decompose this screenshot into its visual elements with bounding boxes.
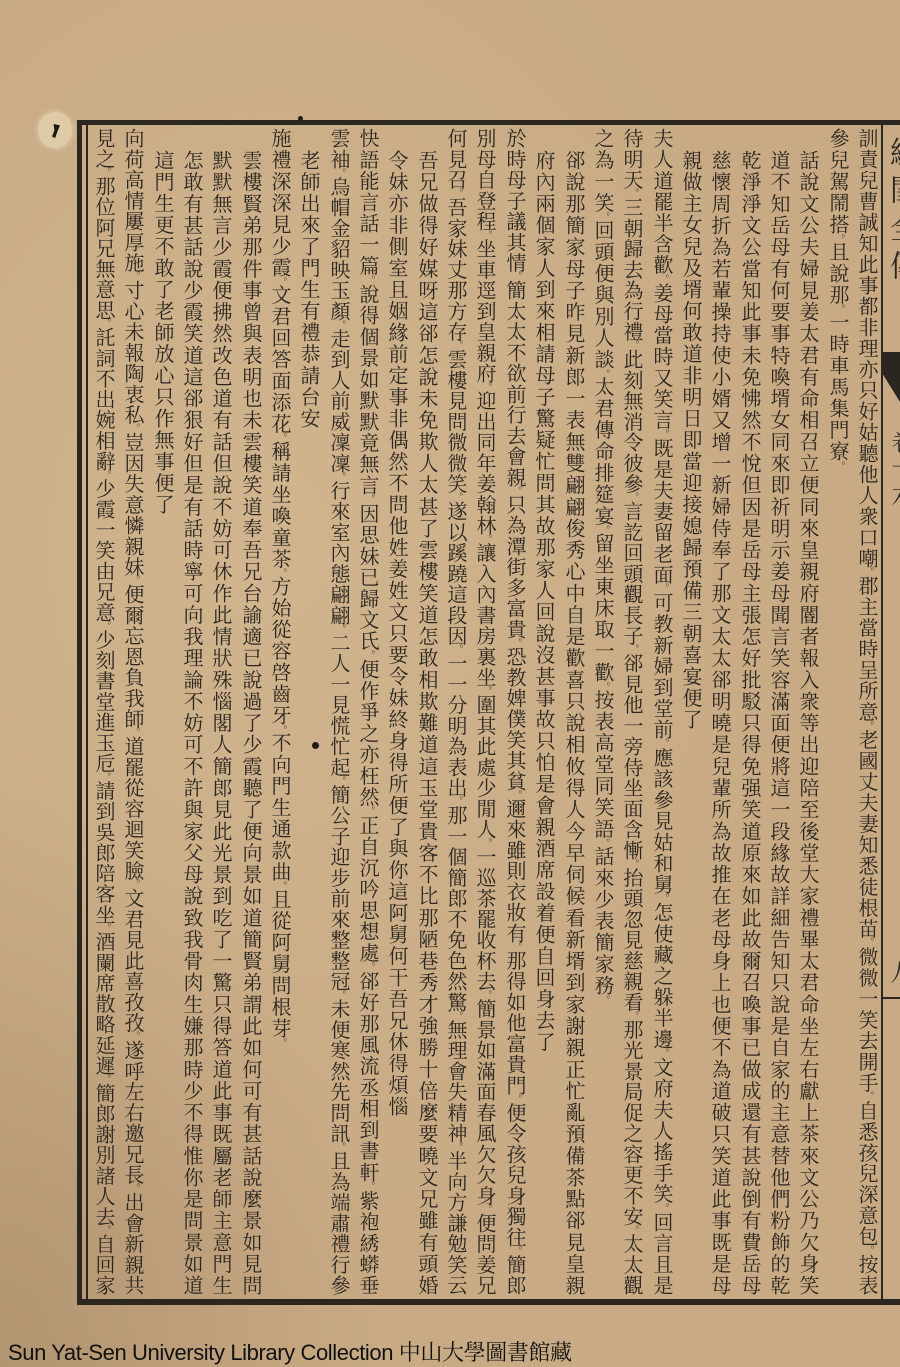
punctuation-circle: 。: [480, 382, 491, 393]
text-column: 之為一笑。回頭便與別人談。太君傳命排筵宴。留坐東床取一歡。按表高堂同笑語。話來少…: [589, 128, 617, 1003]
punctuation-circle: 。: [598, 682, 609, 692]
text-column: 話說文公夫婦見姜太君有命相召立便同來皇親府閽者報入衆等出迎陪至後堂大家禮畢太君命…: [794, 150, 822, 1295]
punctuation-circle: 。: [128, 575, 139, 586]
punctuation-circle: 。: [480, 230, 491, 241]
punctuation-circle: 。: [275, 568, 286, 578]
punctuation-circle: 。: [99, 318, 110, 329]
ink-speck: [312, 742, 319, 749]
punctuation-circle: 。: [363, 494, 374, 505]
punctuation-circle: 。: [99, 1074, 110, 1085]
punctuation-circle: 。: [128, 1031, 139, 1042]
text-column: 雲樓賢弟那件事曾與表明也未雲樓笑道奉吾兄台諭適已說過了少霞聽了便向景如道簡賢弟謂…: [237, 150, 265, 1295]
punctuation-circle: 。: [862, 567, 873, 578]
punctuation-circle: 。: [480, 534, 491, 545]
text-column: 乾淨淨文公當知此事未免怫然不悅但因是岳母主張怎好批駁只得免强笑道原來如此故爾召喚…: [736, 150, 764, 1295]
punctuation-circle: 。: [598, 369, 609, 379]
punctuation-circle: 。: [862, 937, 873, 948]
text-column: 施禮深深見少霞。文君回答面添花。稱請坐喚童茶。方始從容啓齒牙。不向門生通款曲。且…: [266, 128, 294, 1046]
punctuation-circle: 。: [334, 624, 345, 635]
frame-top-rule: [77, 120, 900, 125]
text-column: 見之。那位阿兄無意思。託詞不出婉相辭。少霞一笑由兄意。少刻書堂進玉卮。請到吳郎陪…: [90, 128, 118, 1295]
punctuation-circle: 。: [275, 277, 286, 287]
text-column: 於時母子議其情。簡太太不欲前行去會親。只為潭街多富貴。恐教婢僕笑其貧。邇來雖則衣…: [501, 128, 529, 1295]
punctuation-circle: 。: [275, 881, 286, 891]
punctuation-circle: 。: [451, 1011, 462, 1022]
punctuation-circle: 。: [128, 271, 139, 282]
punctuation-circle: 。: [657, 1203, 668, 1214]
punctuation-circle: 。: [627, 1225, 638, 1236]
punctuation-circle: 。: [363, 806, 374, 817]
text-column: 這門生更不敢了老師放心只作無事便了: [149, 150, 177, 516]
punctuation-circle: 。: [275, 1038, 286, 1048]
punctuation-circle: 。: [334, 776, 345, 787]
text-column: 吾兄做得好媒呀這郤怎說未免欺人太甚了雲樓笑道怎敢相欺難道這玉堂貴客不比那陋巷秀才…: [413, 150, 441, 1295]
punctuation-circle: 。: [833, 304, 844, 314]
library-collection-caption: Sun Yat-Sen University Library Collectio…: [8, 1336, 572, 1367]
punctuation-circle: 。: [657, 429, 668, 440]
punctuation-circle: 。: [128, 1183, 139, 1194]
punctuation-circle: 。: [451, 644, 462, 655]
punctuation-circle: 。: [99, 470, 110, 481]
punctuation-circle: 。: [627, 492, 638, 503]
margin-book-title: 繡閨全傳: [884, 136, 900, 288]
punctuation-circle: 。: [363, 650, 374, 661]
punctuation-circle: 。: [627, 644, 638, 655]
punctuation-circle: 。: [657, 274, 668, 285]
punctuation-circle: 。: [862, 721, 873, 732]
heart-column-divider: [883, 997, 900, 999]
heart-column-rule: [881, 125, 883, 1300]
punctuation-circle: 。: [510, 790, 521, 801]
punctuation-circle: 。: [657, 583, 668, 594]
punctuation-circle: 。: [363, 962, 374, 973]
punctuation-circle: 。: [128, 879, 139, 890]
punctuation-circle: 。: [451, 340, 462, 351]
punctuation-circle: 。: [510, 271, 521, 282]
punctuation-circle: 。: [598, 212, 609, 222]
text-column: 默默無言少霞便拂然改色道有話但說不妨可休作此情狀殊惱閣人簡郎見此光景到吃了一驚只…: [207, 150, 235, 1295]
punctuation-circle: 。: [99, 923, 110, 934]
text-column: 親做主女兒及壻何敢道非明日即當迎接媳歸預備三朝喜宴便了: [677, 150, 705, 731]
text-column: 郤說那簡家母子昨見新郎一表無雙翩翩俊秀心中自是歡喜只說相攸得人今早伺候看新壻到家…: [560, 150, 588, 1295]
punctuation-circle: 。: [480, 686, 491, 697]
text-column: 雲袖。烏帽金貂映玉顏。走到人前威凜凜。行來室內態翩翩。二人一見慌忙起。簡公子迎步…: [325, 128, 353, 1295]
text-column: 訓責兒曹誠知此事都非理亦只好姑聽他人衆口嘲。郡主當時呈所意。老國丈夫妻知悉徒根苗…: [853, 128, 881, 1295]
punctuation-circle: 。: [363, 1181, 374, 1192]
text-column: 待明天。三朝歸去為行禮。此刻無消令彼參。言訖回頭觀長子。郤見他一旁侍坐面含慚。抬…: [618, 128, 646, 1295]
page-number: 八: [884, 958, 900, 984]
punctuation-circle: 。: [99, 167, 110, 178]
text-column: 夫人道罷半含歡。姜母當時又笑言。既是夫妻留老面。可教新婦到堂前。應該參見姑和舅。…: [648, 128, 676, 1295]
fish-tail-ornament-icon: [883, 352, 900, 402]
text-column: 別母自登程。坐車逕到皇親府。迎出同年姜翰林。讓入內書房裏坐。圍其此處少閒人。一巡…: [471, 128, 499, 1295]
text-column: 怎敢有甚話說少霞笑道這郤狠好但是有話時寧可向我理論不妨可不許與家父母說致我骨肉生…: [178, 150, 206, 1295]
punctuation-circle: 。: [480, 1204, 491, 1215]
text-column: 府內兩個家人到來相請母子驚疑忙問其故那家人回說沒甚事故只怕是會親酒席設着便自回身…: [530, 150, 558, 1053]
text-column: 參兒駕鬧搭。且說那。一時車馬集門寮。: [824, 128, 852, 469]
punctuation-circle: 。: [598, 525, 609, 535]
text-column: 令妹亦非側室且姻緣前定事非偶然不問他姓姜姓文只要令妹終身得所便了與你這阿舅何干吾…: [383, 150, 411, 1118]
text-column: 老師出來了門生有禮恭請台安: [295, 150, 323, 430]
punctuation-circle: 。: [128, 727, 139, 738]
punctuation-circle: 。: [99, 621, 110, 632]
punctuation-circle: 。: [510, 1246, 521, 1257]
punctuation-circle: 。: [510, 1094, 521, 1105]
punctuation-circle: 。: [627, 188, 638, 199]
punctuation-circle: 。: [334, 472, 345, 483]
text-column: 何見召。吾家妹丈那方存。雲樓見問微微笑。遂以蹊蹺這段因。一一分明為表出。那一個簡…: [442, 128, 470, 1295]
punctuation-circle: 。: [598, 838, 609, 848]
punctuation-circle: 。: [480, 838, 491, 849]
punctuation-circle: 。: [451, 1142, 462, 1153]
punctuation-circle: 。: [657, 1048, 668, 1059]
punctuation-circle: 。: [334, 1142, 345, 1153]
punctuation-circle: 。: [833, 234, 844, 244]
punctuation-circle: 。: [334, 320, 345, 331]
punctuation-circle: 。: [657, 893, 668, 904]
punctuation-circle: 。: [334, 990, 345, 1001]
text-column: 快語能言話一篇。說得個景如默默竟無言。因思妹已歸文氏。便作爭之亦枉然。正自沉吟思…: [354, 128, 382, 1295]
punctuation-circle: 。: [627, 859, 638, 870]
text-column: 慈懷周折為若輩操持使小婿又增一新婦侍奉了那文太太郤明曉是兒輩所為故推在老母身上也…: [706, 150, 734, 1295]
punctuation-circle: 。: [627, 340, 638, 351]
frame-left-inner-rule: [86, 125, 88, 1299]
punctuation-circle: 。: [862, 1245, 873, 1256]
margin-volume-label: 卷十六: [884, 430, 900, 508]
punctuation-circle: 。: [510, 942, 521, 953]
punctuation-circle: 。: [451, 796, 462, 807]
punctuation-circle: 。: [510, 638, 521, 649]
punctuation-circle: 。: [451, 188, 462, 199]
punctuation-circle: 。: [480, 990, 491, 1001]
punctuation-circle: 。: [128, 423, 139, 434]
punctuation-circle: 。: [862, 1091, 873, 1102]
punctuation-circle: 。: [657, 738, 668, 749]
text-column: 向荷高情屢厚施。寸心未報陶衷私。豈因失意憐親妹。便爾忘恩負我師。道罷從容迴笑臉。…: [119, 128, 147, 1295]
punctuation-circle: 。: [451, 492, 462, 503]
punctuation-circle: 。: [275, 725, 286, 735]
punctuation-circle: 。: [833, 461, 844, 471]
frame-left-rule: [77, 120, 82, 1305]
punctuation-circle: 。: [99, 1225, 110, 1236]
punctuation-circle: 。: [334, 168, 345, 179]
text-column: 道不知岳母有何要事特喚壻女同來即祈明示姜母聞言笑容滿面便將這一段緣故詳細告知只說…: [765, 150, 793, 1295]
punctuation-circle: 。: [598, 995, 609, 1005]
scanned-book-page: 繡閨全傳 卷十六 八 訓責兒曹誠知此事都非理亦只好姑聽他人衆口嘲。郡主當時呈所意…: [0, 0, 900, 1367]
punctuation-circle: 。: [510, 486, 521, 497]
punctuation-circle: 。: [275, 433, 286, 443]
frame-bottom-rule: [77, 1299, 900, 1305]
punctuation-circle: 。: [627, 1011, 638, 1022]
punctuation-circle: 。: [363, 275, 374, 286]
punctuation-circle: 。: [99, 772, 110, 783]
